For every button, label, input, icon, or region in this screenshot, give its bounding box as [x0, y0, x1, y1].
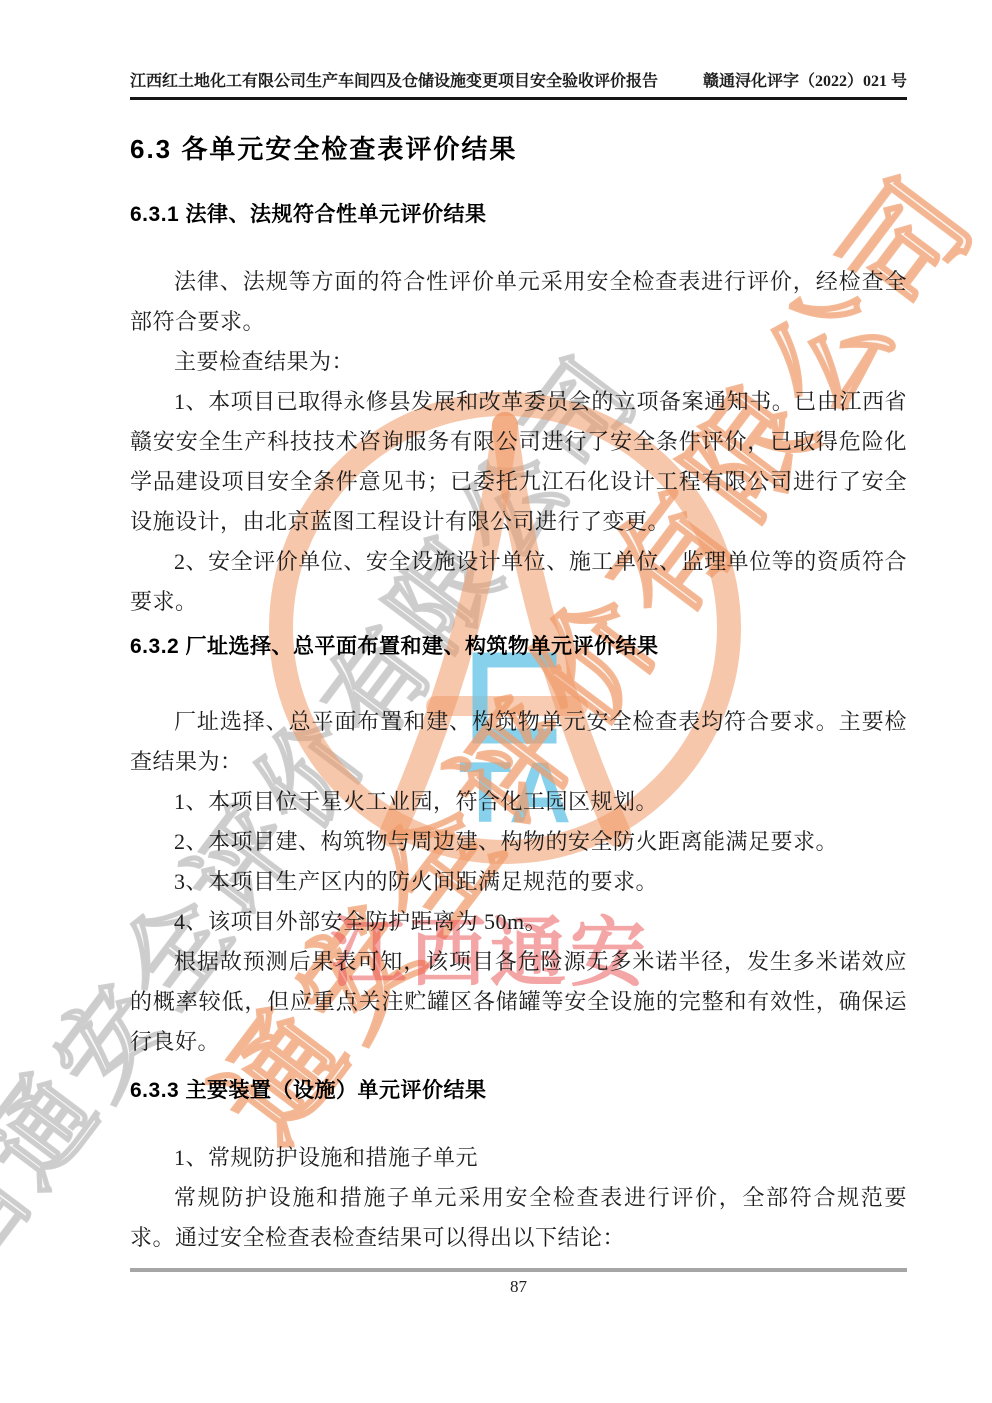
paragraph-631-1: 法律、法规等方面的符合性评价单元采用安全检查表进行评价，经检查全部符合要求。	[130, 262, 907, 342]
document-page: 江西通安全评价有限公司 TA 通安全评价有限公司 江西通安 江西红土地化工有限公…	[0, 0, 992, 1403]
paragraph-633-2: 常规防护设施和措施子单元采用安全检查表进行评价，全部符合规范要求。通过安全检查表…	[130, 1178, 907, 1258]
heading-6-3-3: 6.3.3 主要装置（设施）单元评价结果	[130, 1078, 907, 1104]
heading-6-3-2: 6.3.2 厂址选择、总平面布置和建、构筑物单元评价结果	[130, 634, 907, 660]
header-doc-number: 赣通浔化评字（2022）021 号	[703, 72, 907, 92]
page-content: 江西红土地化工有限公司生产车间四及仓储设施变更项目安全验收评价报告 赣通浔化评字…	[130, 72, 907, 1258]
section-title-6-3: 6.3 各单元安全检查表评价结果	[130, 133, 907, 165]
page-number: 87	[130, 1277, 907, 1297]
header-report-title: 江西红土地化工有限公司生产车间四及仓储设施变更项目安全验收评价报告	[130, 72, 658, 92]
page-footer: 87	[130, 1268, 907, 1297]
footer-rule	[130, 1268, 907, 1272]
paragraph-632-4: 3、本项目生产区内的防火间距满足规范的要求。	[130, 862, 907, 902]
paragraph-632-6: 根据故预测后果表可知，该项目各危险源无多米诺半径，发生多米诺效应的概率较低，但应…	[130, 942, 907, 1062]
paragraph-633-1: 1、常规防护设施和措施子单元	[130, 1138, 907, 1178]
paragraph-632-2: 1、本项目位于星火工业园，符合化工园区规划。	[130, 782, 907, 822]
paragraph-632-1: 厂址选择、总平面布置和建、构筑物单元安全检查表均符合要求。主要检查结果为：	[130, 702, 907, 782]
paragraph-631-2: 主要检查结果为：	[130, 342, 907, 382]
heading-6-3-1: 6.3.1 法律、法规符合性单元评价结果	[130, 202, 907, 228]
paragraph-632-5: 4、该项目外部安全防护距离为 50m。	[130, 902, 907, 942]
paragraph-632-3: 2、本项目建、构筑物与周边建、构物的安全防火距离能满足要求。	[130, 822, 907, 862]
header-rule	[130, 97, 907, 100]
paragraph-631-3: 1、本项目已取得永修县发展和改革委员会的立项备案通知书。已由江西省赣安安全生产科…	[130, 382, 907, 542]
page-header: 江西红土地化工有限公司生产车间四及仓储设施变更项目安全验收评价报告 赣通浔化评字…	[130, 72, 907, 92]
paragraph-631-4: 2、安全评价单位、安全设施设计单位、施工单位、监理单位等的资质符合要求。	[130, 542, 907, 622]
